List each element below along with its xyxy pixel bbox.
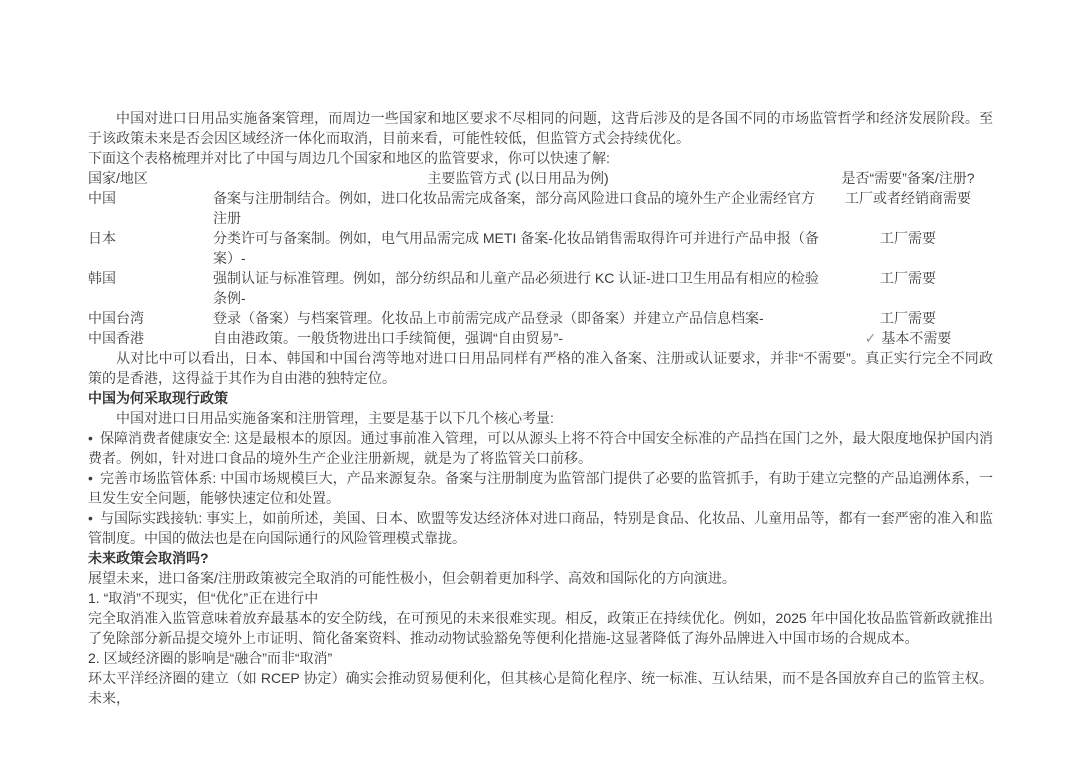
method-cell: 自由港政策。一般货物进出口手续简便，强调“自由贸易”- [213, 328, 823, 348]
header-required: 是否“需要”备案/注册? [823, 168, 993, 188]
point1-title: 1. “取消”不现实，但“优化”正在进行中 [88, 588, 993, 608]
bullet-item: •与国际实践接轨: 事实上，如前所述，美国、日本、欧盟等发达经济体对进口商品，特… [88, 508, 993, 548]
required-text: 基本不需要 [881, 330, 951, 346]
check-icon: ✓ [865, 330, 877, 346]
region-cell: 中国香港 [88, 328, 213, 348]
section-heading-future-policy: 未来政策会取消吗? [88, 548, 993, 568]
table-lead-paragraph: 下面这个表格梳理并对比了中国与周边几个国家和地区的监管要求，你可以快速了解: [88, 148, 993, 168]
point2-text: 环太平洋经济圈的建立（如 RCEP 协定）确实会推动贸易便利化，但其核心是简化程… [88, 668, 993, 708]
bullet-item: •保障消费者健康安全: 这是最根本的原因。通过事前准入管理，可以从源头上将不符合… [88, 428, 993, 468]
method-cell: 强制认证与标准管理。例如，部分纺织品和儿童产品必须进行 KC 认证-进口卫生用品… [213, 268, 823, 308]
section-heading-policy-reason: 中国为何采取现行政策 [88, 388, 993, 408]
table-row: 中国 备案与注册制结合。例如，进口化妆品需完成备案，部分高风险进口食品的境外生产… [88, 188, 993, 228]
document-body: 中国对进口日用品实施备案管理，而周边一些国家和地区要求不尽相同的问题，这背后涉及… [88, 108, 993, 708]
method-cell: 分类许可与备案制。例如，电气用品需完成 METI 备案-化妆品销售需取得许可并进… [213, 228, 823, 268]
document-page: { "icons": { "bullet": "•", "check": "✓"… [0, 0, 1080, 760]
point1-text: 完全取消准入监管意味着放弃最基本的安全防线，在可预见的未来很难实现。相反，政策正… [88, 608, 993, 648]
region-cell: 日本 [88, 228, 213, 248]
point2-title: 2. 区域经济圈的影响是“融合”而非“取消” [88, 648, 993, 668]
table-row: 韩国 强制认证与标准管理。例如，部分纺织品和儿童产品必须进行 KC 认证-进口卫… [88, 268, 993, 308]
required-cell: 工厂需要 [823, 268, 993, 288]
required-cell: 工厂或者经销商需要 [823, 188, 993, 208]
bullet-icon: • [88, 510, 100, 526]
region-cell: 中国台湾 [88, 308, 213, 328]
intro-paragraph: 中国对进口日用品实施备案管理，而周边一些国家和地区要求不尽相同的问题，这背后涉及… [88, 108, 993, 148]
method-cell: 备案与注册制结合。例如，进口化妆品需完成备案，部分高风险进口食品的境外生产企业需… [213, 188, 823, 228]
section1-lead-paragraph: 中国对进口日用品实施备案和注册管理，主要是基于以下几个核心考量: [88, 408, 993, 428]
bullet-text: 与国际实践接轨: 事实上，如前所述，美国、日本、欧盟等发达经济体对进口商品，特别… [88, 510, 993, 546]
header-region: 国家/地区 [88, 168, 213, 188]
comparison-summary-paragraph: 从对比中可以看出，日本、韩国和中国台湾等地对进口日用品同样有严格的准入备案、注册… [88, 348, 993, 388]
comparison-table: 国家/地区 主要监管方式 (以日用品为例) 是否“需要”备案/注册? 中国 备案… [88, 168, 993, 348]
bullet-icon: • [88, 430, 100, 446]
bullet-icon: • [88, 470, 100, 486]
method-cell: 登录（备案）与档案管理。化妆品上市前需完成产品登录（即备案）并建立产品信息档案- [213, 308, 823, 328]
bullet-text: 保障消费者健康安全: 这是最根本的原因。通过事前准入管理，可以从源头上将不符合中… [88, 430, 993, 466]
header-method: 主要监管方式 (以日用品为例) [213, 168, 823, 188]
region-cell: 韩国 [88, 268, 213, 288]
table-header-row: 国家/地区 主要监管方式 (以日用品为例) 是否“需要”备案/注册? [88, 168, 993, 188]
required-cell: 工厂需要 [823, 308, 993, 328]
outlook-paragraph: 展望未来，进口备案/注册政策被完全取消的可能性极小，但会朝着更加科学、高效和国际… [88, 568, 993, 588]
required-cell: ✓基本不需要 [823, 328, 993, 348]
region-cell: 中国 [88, 188, 213, 208]
table-row: 中国香港 自由港政策。一般货物进出口手续简便，强调“自由贸易”- ✓基本不需要 [88, 328, 993, 348]
bullet-text: 完善市场监管体系: 中国市场规模巨大，产品来源复杂。备案与注册制度为监管部门提供… [88, 470, 993, 506]
table-row: 日本 分类许可与备案制。例如，电气用品需完成 METI 备案-化妆品销售需取得许… [88, 228, 993, 268]
required-cell: 工厂需要 [823, 228, 993, 248]
table-row: 中国台湾 登录（备案）与档案管理。化妆品上市前需完成产品登录（即备案）并建立产品… [88, 308, 993, 328]
bullet-item: •完善市场监管体系: 中国市场规模巨大，产品来源复杂。备案与注册制度为监管部门提… [88, 468, 993, 508]
